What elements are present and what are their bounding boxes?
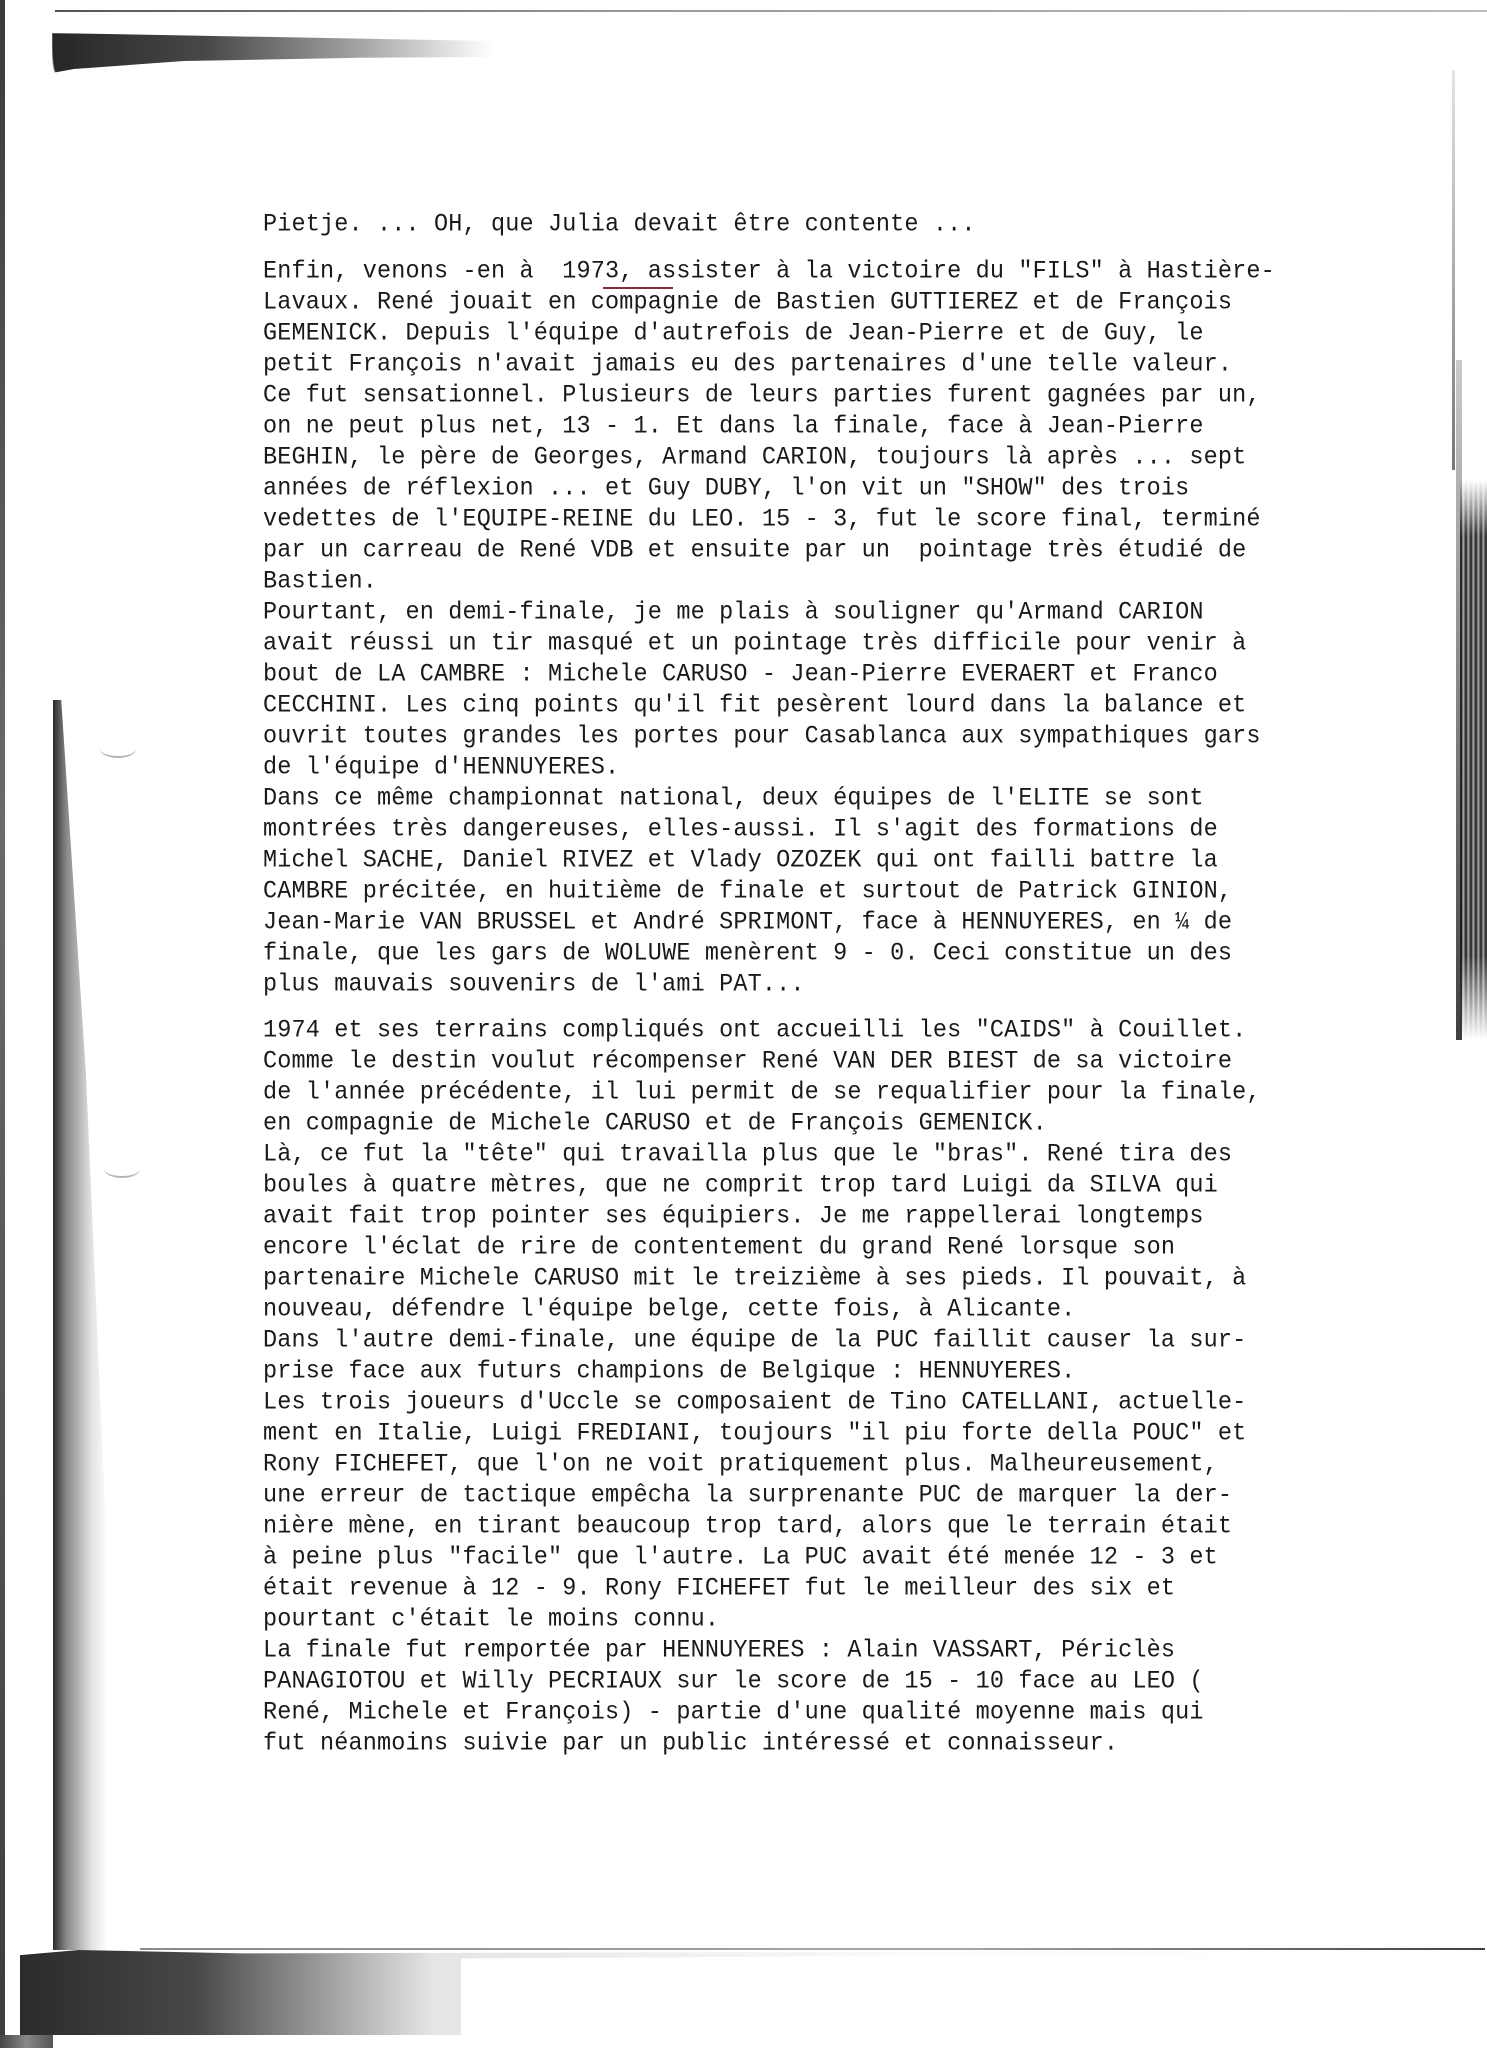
text-line: Bastien. xyxy=(263,567,377,597)
text-line: CECCHINI. Les cinq points qu'il fit pesè… xyxy=(263,691,1246,721)
text-line: ouvrit toutes grandes les portes pour Ca… xyxy=(263,722,1261,752)
text-line: encore l'éclat de rire de contentement d… xyxy=(263,1233,1175,1263)
text-line: Dans ce même championnat national, deux … xyxy=(263,784,1204,814)
text-line: Lavaux. René jouait en compagnie de Bast… xyxy=(263,288,1232,318)
text-line: prise face aux futurs champions de Belgi… xyxy=(263,1357,1075,1387)
text-line: de l'année précédente, il lui permit de … xyxy=(263,1078,1261,1108)
text-line: en compagnie de Michele CARUSO et de Fra… xyxy=(263,1109,1047,1139)
text-line: BEGHIN, le père de Georges, Armand CARIO… xyxy=(263,443,1246,473)
text-line: de l'équipe d'HENNUYERES. xyxy=(263,753,619,783)
text-line: était revenue à 12 - 9. Rony FICHEFET fu… xyxy=(263,1574,1175,1604)
text-line: avait réussi un tir masqué et un pointag… xyxy=(263,629,1246,659)
text-line: nouveau, défendre l'équipe belge, cette … xyxy=(263,1295,1075,1325)
text-line: montrées très dangereuses, elles-aussi. … xyxy=(263,815,1218,845)
text-line: on ne peut plus net, 13 - 1. Et dans la … xyxy=(263,412,1204,442)
text-line: fut néanmoins suivie par un public intér… xyxy=(263,1729,1118,1759)
text-line: Là, ce fut la "tête" qui travailla plus … xyxy=(263,1140,1232,1170)
text-line: CAMBRE précitée, en huitième de finale e… xyxy=(263,877,1232,907)
text-line: avait fait trop pointer ses équipiers. J… xyxy=(263,1202,1204,1232)
text-line: partenaire Michele CARUSO mit le treiziè… xyxy=(263,1264,1246,1294)
text-line: une erreur de tactique empêcha la surpre… xyxy=(263,1481,1232,1511)
text-line: nière mène, en tirant beaucoup trop tard… xyxy=(263,1512,1232,1542)
text-line: René, Michele et François) - partie d'un… xyxy=(263,1698,1204,1728)
text-line: à peine plus "facile" que l'autre. La PU… xyxy=(263,1543,1218,1573)
text-line: plus mauvais souvenirs de l'ami PAT... xyxy=(263,970,805,1000)
text-line: Enfin, venons -en à 1973, assister à la … xyxy=(263,257,1275,287)
text-line: petit François n'avait jamais eu des par… xyxy=(263,350,1232,380)
text-line: bout de LA CAMBRE : Michele CARUSO - Jea… xyxy=(263,660,1218,690)
text-line: Pourtant, en demi-finale, je me plais à … xyxy=(263,598,1204,628)
scanned-page: Pietje. ... OH, que Julia devait être co… xyxy=(0,0,1487,2048)
text-line: La finale fut remportée par HENNUYERES :… xyxy=(263,1636,1175,1666)
text-line: Les trois joueurs d'Uccle se composaient… xyxy=(263,1388,1246,1418)
text-line: 1974 et ses terrains compliqués ont accu… xyxy=(263,1016,1246,1046)
typed-text-body: Pietje. ... OH, que Julia devait être co… xyxy=(0,0,1487,2048)
text-line: Rony FICHEFET, que l'on ne voit pratique… xyxy=(263,1450,1218,1480)
text-line: boules à quatre mètres, que ne comprit t… xyxy=(263,1171,1218,1201)
text-line: vedettes de l'EQUIPE-REINE du LEO. 15 - … xyxy=(263,505,1261,535)
text-line: Jean-Marie VAN BRUSSEL et André SPRIMONT… xyxy=(263,908,1232,938)
text-line: ment en Italie, Luigi FREDIANI, toujours… xyxy=(263,1419,1246,1449)
text-line: finale, que les gars de WOLUWE menèrent … xyxy=(263,939,1232,969)
text-line: Ce fut sensationnel. Plusieurs de leurs … xyxy=(263,381,1261,411)
text-line: pourtant c'était le moins connu. xyxy=(263,1605,719,1635)
text-line: GEMENICK. Depuis l'équipe d'autrefois de… xyxy=(263,319,1204,349)
text-line: Comme le destin voulut récompenser René … xyxy=(263,1047,1232,1077)
text-line: années de réflexion ... et Guy DUBY, l'o… xyxy=(263,474,1189,504)
year-underline-annotation xyxy=(603,287,673,289)
text-line: Dans l'autre demi-finale, une équipe de … xyxy=(263,1326,1246,1356)
text-line: Pietje. ... OH, que Julia devait être co… xyxy=(263,210,976,240)
text-line: Michel SACHE, Daniel RIVEZ et Vlady OZOZ… xyxy=(263,846,1218,876)
text-line: par un carreau de René VDB et ensuite pa… xyxy=(263,536,1246,566)
text-line: PANAGIOTOU et Willy PECRIAUX sur le scor… xyxy=(263,1667,1204,1697)
